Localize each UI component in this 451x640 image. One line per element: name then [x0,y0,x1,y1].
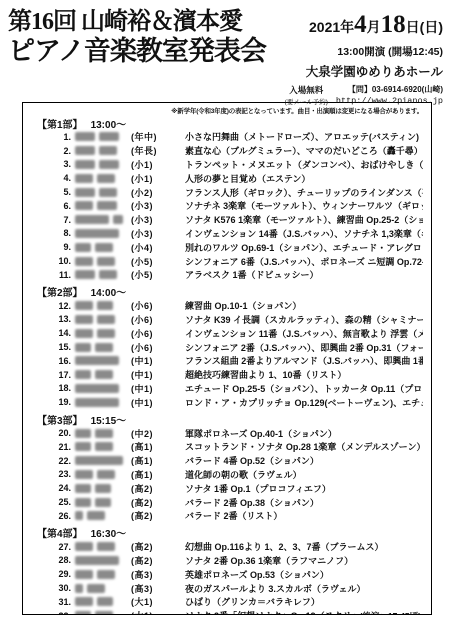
piece-title: 人形の夢と目覚め（エステン） [175,172,423,185]
performer-name-redacted [75,356,131,365]
program-item: 19.(中1)ロンド・ア・カプリッチョ Op.129(ベートーヴェン)、エチュー… [31,395,423,409]
item-number: 17. [31,370,71,380]
item-number: 12. [31,301,71,311]
redaction-blur-block [75,470,93,479]
section-header: 【第4部】16:30～ [31,526,423,540]
piece-title: 道化師の朝の歌（ラヴェル） [175,468,423,481]
program-item: 28.(高2)ソナタ 2番 Op.36 1楽章（ラフマニノフ） [31,554,423,568]
piece-title: 小さな円舞曲（メトードローズ）、アロエッテ(バスティン) [175,130,423,143]
performer-name-redacted [75,470,131,479]
performer-name-redacted [75,398,131,407]
performer-grade: (小3) [131,213,175,226]
performer-grade: (小4) [131,241,175,254]
redaction-blur-block [75,146,95,155]
date-year: 2021年 [309,19,354,35]
item-number: 16. [31,356,71,366]
performer-grade: (高2) [131,482,175,495]
piece-title: フランス組曲 2番よりアルマンド（J.S.バッハ）、即興曲 1番 Op.29（シ… [175,354,423,367]
redaction-blur-block [99,188,117,197]
performer-grade: (高3) [131,568,175,581]
section-header: 【第2部】14:00～ [31,285,423,299]
date-day-unit: 日 [406,19,420,35]
program-item: 25.(高2)バラード 2番 Op.38（ショパン） [31,495,423,509]
performer-name-redacted [75,484,131,493]
performer-name-redacted [75,132,131,141]
program-item: 11.(小5)アラベスク 1番（ドビュッシー） [31,268,423,282]
program-item: 17.(中1)超絶技巧練習曲より 1、10番（リスト） [31,368,423,382]
performer-name-redacted [75,498,131,507]
performer-name-redacted [75,301,131,310]
performer-grade: (中2) [131,427,175,440]
program-item: 31.(大1)ひばり（グリンカ＝バラキレフ） [31,595,423,609]
piece-title: バラード 2番（リスト） [175,509,423,522]
piece-title: 別れのワルツ Op.69-1（ショパン）、エチュード・アレグロ（中田喜直） [175,241,423,254]
redaction-blur-block [75,315,93,324]
item-number: 9. [31,242,71,252]
program-item: 10.(小5)シンフォニア 6番（J.S.バッハ）、ポロネーズ ニ短調 Op.7… [31,254,423,268]
program-item: 16.(中1)フランス組曲 2番よりアルマンド（J.S.バッハ）、即興曲 1番 … [31,354,423,368]
performer-name-redacted [75,215,131,224]
redaction-blur-block [97,257,115,266]
performer-name-redacted [75,270,131,279]
venue: 大泉学園ゆめりあホール [283,62,443,80]
redaction-blur-block [75,229,119,238]
performer-grade: (小1) [131,158,175,171]
redaction-blur-block [95,343,113,352]
item-number: 19. [31,397,71,407]
piece-title: 英雄ポロネーズ Op.53（ショパン） [175,568,423,581]
program-item: 29.(高3)英雄ポロネーズ Op.53（ショパン） [31,567,423,581]
performer-name-redacted [75,257,131,266]
item-number: 23. [31,469,71,479]
item-number: 18. [31,383,71,393]
redaction-blur-block [75,174,93,183]
performer-grade: (小3) [131,199,175,212]
item-number: 22. [31,456,71,466]
performer-grade: (小3) [131,227,175,240]
program-item: 2.(年長)素直な心（ブルグミュラー）、ママのだいどころ（轟千尋） [31,144,423,158]
redaction-blur-block [75,384,119,393]
section-header: 【第3部】15:15～ [31,412,423,426]
reservation-note: (要メール予約) [285,97,328,106]
redaction-blur-block [97,329,115,338]
piece-title: ソナタ 1番 Op.1（プロコフィエフ） [175,482,423,495]
program-item: 26.(高2)バラード 2番（リスト） [31,509,423,523]
performer-name-redacted [75,329,131,338]
section-start-time: 13:00～ [91,116,127,131]
redaction-blur-block [95,442,113,451]
redaction-blur-block [75,215,109,224]
performer-name-redacted [75,570,131,579]
program-item: 1.(年中)小さな円舞曲（メトードローズ）、アロエッテ(バスティン) [31,130,423,144]
redaction-blur-block [97,315,115,324]
section-label: 【第2部】 [37,284,83,299]
redaction-blur-block [75,201,93,210]
redaction-blur-block [97,542,115,551]
redaction-blur-block [75,188,95,197]
program-item: 21.(高1)スコットランド・ソナタ Op.28 1楽章（メンデルスゾーン） [31,440,423,454]
item-number: 30. [31,583,71,593]
item-number: 31. [31,597,71,607]
redaction-blur-block [97,174,115,183]
performer-name-redacted [75,511,131,520]
redaction-blur-block [75,597,93,606]
item-number: 32. [31,611,71,615]
redaction-blur-block [87,511,105,520]
performer-grade: (中1) [131,354,175,367]
program-item: 22.(高1)バラード 4番 Op.52（ショパン） [31,454,423,468]
redaction-blur-block [97,470,115,479]
section-start-time: 14:00～ [91,284,127,299]
piece-title: インヴェンション 11番（J.S.バッハ）、無言歌より 浮雲（メンデルスゾーン） [175,327,423,340]
redaction-blur-block [75,343,91,352]
performer-grade: (年長) [131,144,175,157]
performer-name-redacted [75,429,131,438]
section-label: 【第3部】 [37,412,83,427]
performer-name-redacted [75,584,131,593]
piece-title: トランペット・メヌエット（ダンコンベ）、おばけやしき（カバレフスキー） [175,158,423,171]
redaction-blur-block [75,270,95,279]
item-number: 5. [31,187,71,197]
redaction-blur-block [75,511,83,520]
redaction-blur-block [99,146,117,155]
item-number: 20. [31,428,71,438]
performer-name-redacted [75,370,131,379]
redaction-blur-block [75,243,91,252]
item-number: 3. [31,159,71,169]
performer-grade: (高2) [131,540,175,553]
piece-title: 夜のガスパールより 3.スカルボ（ラヴェル） [175,582,423,595]
performer-name-redacted [75,146,131,155]
program-item: 8.(小3)インヴェンション 14番（J.S.バッハ）、ソナチネ 1,3楽章（ギ… [31,227,423,241]
piece-title: エチュード Op.25-5（ショパン）、トッカータ Op.11（プロコフィエフ） [175,382,423,395]
program-item: 3.(小1)トランペット・メヌエット（ダンコンベ）、おばけやしき（カバレフスキー… [31,158,423,172]
redaction-blur-block [97,597,113,606]
item-number: 21. [31,442,71,452]
admission-free-label: 入場無料 [285,84,328,96]
program-item: 30.(高3)夜のガスパールより 3.スカルボ（ラヴェル） [31,581,423,595]
redaction-blur-block [75,160,95,169]
section-label: 【第1部】 [37,116,83,131]
event-info: 2021年4月18日(日) 13:00開演 (開場12:45) 大泉学園ゆめりあ… [283,8,443,96]
piece-title: ソナタ 2番「幻想ソナタ」Op.19（スクリャービン） [175,609,360,615]
redaction-blur-block [75,257,93,266]
piece-title: バラード 4番 Op.52（ショパン） [175,454,423,467]
performer-name-redacted [75,188,131,197]
program-item: 13.(小6)ソナタ K39 イ長調（スカルラッティ）、森の精（シャミナード） [31,313,423,327]
piece-title: 軍隊ポロネーズ Op.40-1（ショパン） [175,427,423,440]
program-section: 【第3部】15:15～20.(中2)軍隊ポロネーズ Op.40-1（ショパン）2… [31,412,423,523]
performer-name-redacted [75,315,131,324]
program-item: 5.(小2)フランス人形（ギロック）、チューリップのラインダンス（平吉毅州） [31,185,423,199]
redaction-blur-block [75,329,93,338]
performer-grade: (高2) [131,554,175,567]
item-number: 1. [31,132,71,142]
performer-name-redacted [75,174,131,183]
redaction-blur-block [99,160,119,169]
item-number: 15. [31,342,71,352]
piece-title: インヴェンション 14番（J.S.バッハ）、ソナチネ 1,3楽章（ギロック） [175,227,423,240]
program-sections: 【第1部】13:00～1.(年中)小さな円舞曲（メトードローズ）、アロエッテ(バ… [31,116,423,615]
redaction-blur-block [97,301,113,310]
redaction-blur-block [87,584,105,593]
performer-grade: (小5) [131,255,175,268]
redaction-blur-block [95,611,113,615]
program-item: 12.(小6)練習曲 Op.10-1（ショパン） [31,299,423,313]
redaction-blur-block [99,132,119,141]
item-number: 25. [31,497,71,507]
program-item: 4.(小1)人形の夢と目覚め（エステン） [31,171,423,185]
program-item: 7.(小3)ソナタ K576 1楽章（モーツァルト）、練習曲 Op.25-2（シ… [31,213,423,227]
redaction-blur-block [75,584,83,593]
performer-grade: (小5) [131,268,175,281]
contact-col: 【問】03-6914-6920(山崎) http://www.2pianos.j… [336,84,443,106]
redaction-blur-block [113,215,123,224]
performer-grade: (大1) [131,595,175,608]
contact-phone: 【問】03-6914-6920(山崎) [336,84,443,95]
program-item: 6.(小3)ソナチネ 3楽章（モーツァルト）、ウィンナーワルツ（ギロック） [31,199,423,213]
redaction-blur-block [99,270,117,279]
performer-name-redacted [75,611,131,615]
piece-title: バラード 2番 Op.38（ショパン） [175,496,423,509]
program-section: 【第1部】13:00～1.(年中)小さな円舞曲（メトードローズ）、アロエッテ(バ… [31,116,423,282]
redaction-blur-block [97,570,115,579]
redaction-blur-block [95,370,113,379]
section-label: 【第4部】 [37,525,83,540]
performer-name-redacted [75,542,131,551]
program-item: 15.(小6)シンフォニア 2番（J.S.バッハ）、即興曲 2番 Op.31（フ… [31,340,423,354]
item-number: 4. [31,173,71,183]
piece-title: 練習曲 Op.10-1（ショパン） [175,299,423,312]
piece-title: スコットランド・ソナタ Op.28 1楽章（メンデルスゾーン） [175,440,423,453]
redaction-blur-block [75,484,91,493]
performer-grade: (高3) [131,582,175,595]
item-number: 7. [31,215,71,225]
piece-title: 超絶技巧練習曲より 1、10番（リスト） [175,368,423,381]
redaction-blur-block [75,456,123,465]
piece-title: シンフォニア 6番（J.S.バッハ）、ポロネーズ ニ短調 Op.72-1（ショパ… [175,255,423,268]
performer-grade: (小6) [131,299,175,312]
recital-program-flyer: 第16回 山崎裕＆濱本愛 ピアノ音楽教室発表会 2021年4月18日(日) 13… [0,0,451,640]
program-section: 【第4部】16:30～27.(高2)幻想曲 Op.116より 1、2、3、7番（… [31,526,423,615]
date-day: 18 [381,11,406,38]
piece-title: ロンド・ア・カプリッチョ Op.129(ベートーヴェン)、エチュードより(ショパ… [175,396,423,409]
performer-grade: (小1) [131,172,175,185]
item-number: 6. [31,201,71,211]
performer-grade: (小6) [131,313,175,326]
performer-name-redacted [75,229,131,238]
redaction-blur-block [75,356,119,365]
item-number: 26. [31,511,71,521]
event-date: 2021年4月18日(日) [283,12,443,37]
redaction-blur-block [75,301,93,310]
performer-name-redacted [75,597,131,606]
program-notice: ※新学年(令和3年度)の表記となっています。曲目・出演順は変更になる場合がありま… [31,106,423,115]
redaction-blur-block [97,201,117,210]
date-weekday: (日) [420,19,443,35]
program-item: 18.(中1)エチュード Op.25-5（ショパン）、トッカータ Op.11（プ… [31,382,423,396]
date-month: 4 [354,11,367,38]
performer-grade: (高1) [131,440,175,453]
performer-grade: (高2) [131,509,175,522]
performer-name-redacted [75,442,131,451]
performer-name-redacted [75,201,131,210]
performer-name-redacted [75,243,131,252]
piece-title: 幻想曲 Op.116より 1、2、3、7番（ブラームス） [175,540,423,553]
redaction-blur-block [75,370,91,379]
item-number: 27. [31,542,71,552]
piece-title: ソナタ K576 1楽章（モーツァルト）、練習曲 Op.25-2（ショパン） [175,213,423,226]
piece-title: ソナチネ 3楽章（モーツァルト）、ウィンナーワルツ（ギロック） [175,199,423,212]
performer-grade: (小6) [131,341,175,354]
redaction-blur-block [75,442,91,451]
event-title-line1: 第16回 山崎裕＆濱本愛 [8,8,266,36]
redaction-blur-block [95,484,111,493]
piece-title: ひばり（グリンカ＝バラキレフ） [175,595,423,608]
redaction-blur-block [75,542,93,551]
performer-grade: (小6) [131,327,175,340]
performer-grade: (高2) [131,496,175,509]
piece-title: シンフォニア 2番（J.S.バッハ）、即興曲 2番 Op.31（フォーレ） [175,341,423,354]
program-item: 9.(小4)別れのワルツ Op.69-1（ショパン）、エチュード・アレグロ（中田… [31,240,423,254]
event-title-line2: ピアノ音楽教室発表会 [8,36,266,68]
performer-grade: (中1) [131,382,175,395]
performer-name-redacted [75,556,131,565]
redaction-blur-block [75,611,91,615]
redaction-blur-block [75,429,91,438]
section-start-time: 16:30～ [91,525,127,540]
program-item: 23.(高1)道化師の朝の歌（ラヴェル） [31,468,423,482]
program-item: 24.(高2)ソナタ 1番 Op.1（プロコフィエフ） [31,481,423,495]
performer-grade: (大1) [131,609,175,615]
event-title: 第16回 山崎裕＆濱本愛 ピアノ音楽教室発表会 [8,8,266,96]
item-number: 29. [31,569,71,579]
program-section: 【第2部】14:00～12.(小6)練習曲 Op.10-1（ショパン）13.(小… [31,285,423,409]
redaction-blur-block [75,498,91,507]
item-number: 8. [31,228,71,238]
item-number: 14. [31,328,71,338]
item-number: 11. [31,270,71,280]
end-time-note: (終演：17:45頃) [360,610,423,615]
redaction-blur-block [95,243,113,252]
program-box: ※新学年(令和3年度)の表記となっています。曲目・出演順は変更になる場合がありま… [22,102,432,615]
program-item: 14.(小6)インヴェンション 11番（J.S.バッハ）、無言歌より 浮雲（メン… [31,326,423,340]
flyer-header: 第16回 山崎裕＆濱本愛 ピアノ音楽教室発表会 2021年4月18日(日) 13… [0,0,451,96]
redaction-blur-block [75,556,119,565]
performer-grade: (小2) [131,186,175,199]
program-item: 27.(高2)幻想曲 Op.116より 1、2、3、7番（ブラームス） [31,540,423,554]
redaction-blur-block [95,498,111,507]
item-number: 2. [31,146,71,156]
piece-title: ソナタ K39 イ長調（スカルラッティ）、森の精（シャミナード） [175,313,423,326]
piece-title: アラベスク 1番（ドビュッシー） [175,268,423,281]
section-header: 【第1部】13:00～ [31,116,423,130]
redaction-blur-block [95,429,113,438]
admission-col: 入場無料 (要メール予約) [285,84,328,106]
section-start-time: 15:15～ [91,412,127,427]
performer-name-redacted [75,343,131,352]
redaction-blur-block [75,132,95,141]
website-url: http://www.2pianos.jp [336,96,443,106]
item-number: 13. [31,314,71,324]
item-number: 24. [31,483,71,493]
performer-grade: (中1) [131,396,175,409]
performer-name-redacted [75,456,131,465]
performer-name-redacted [75,160,131,169]
start-time: 13:00開演 (開場12:45) [283,44,443,59]
program-item: 20.(中2)軍隊ポロネーズ Op.40-1（ショパン） [31,426,423,440]
performer-grade: (中1) [131,368,175,381]
item-number: 28. [31,555,71,565]
performer-grade: (高1) [131,454,175,467]
admission-info: 入場無料 (要メール予約) 【問】03-6914-6920(山崎) http:/… [283,84,443,106]
redaction-blur-block [75,570,93,579]
program-item: 32.(大1)ソナタ 2番「幻想ソナタ」Op.19（スクリャービン）(終演：17… [31,609,423,615]
redaction-blur-block [75,398,119,407]
piece-title: 素直な心（ブルグミュラー）、ママのだいどころ（轟千尋） [175,144,423,157]
performer-name-redacted [75,384,131,393]
item-number: 10. [31,256,71,266]
piece-title: フランス人形（ギロック）、チューリップのラインダンス（平吉毅州） [175,186,423,199]
performer-grade: (年中) [131,130,175,143]
performer-grade: (高1) [131,468,175,481]
date-month-unit: 月 [367,19,381,35]
piece-title: ソナタ 2番 Op.36 1楽章（ラフマニノフ） [175,554,423,567]
